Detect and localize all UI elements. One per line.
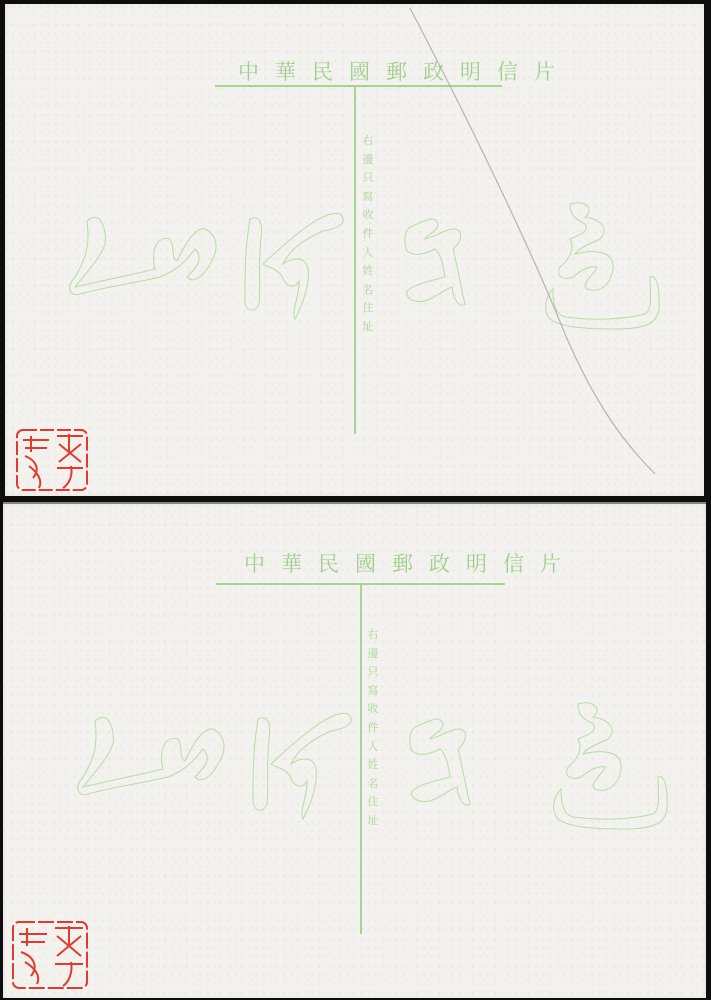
postcard-title: 中華民國郵政明信片 (244, 548, 577, 578)
postcard-title: 中華民國郵政明信片 (238, 56, 571, 86)
red-seal-stamp (7, 912, 93, 994)
title-rule (215, 85, 502, 87)
red-seal-stamp (11, 422, 93, 496)
postcard-bottom: 中華民國郵政明信片 右邊只寫收件人姓名住址 (3, 502, 706, 998)
calligraphy-outline (3, 669, 706, 839)
calligraphy-outline (5, 169, 704, 339)
postcard-top: 中華民國郵政明信片 右邊只寫收件人姓名住址 (5, 4, 704, 496)
